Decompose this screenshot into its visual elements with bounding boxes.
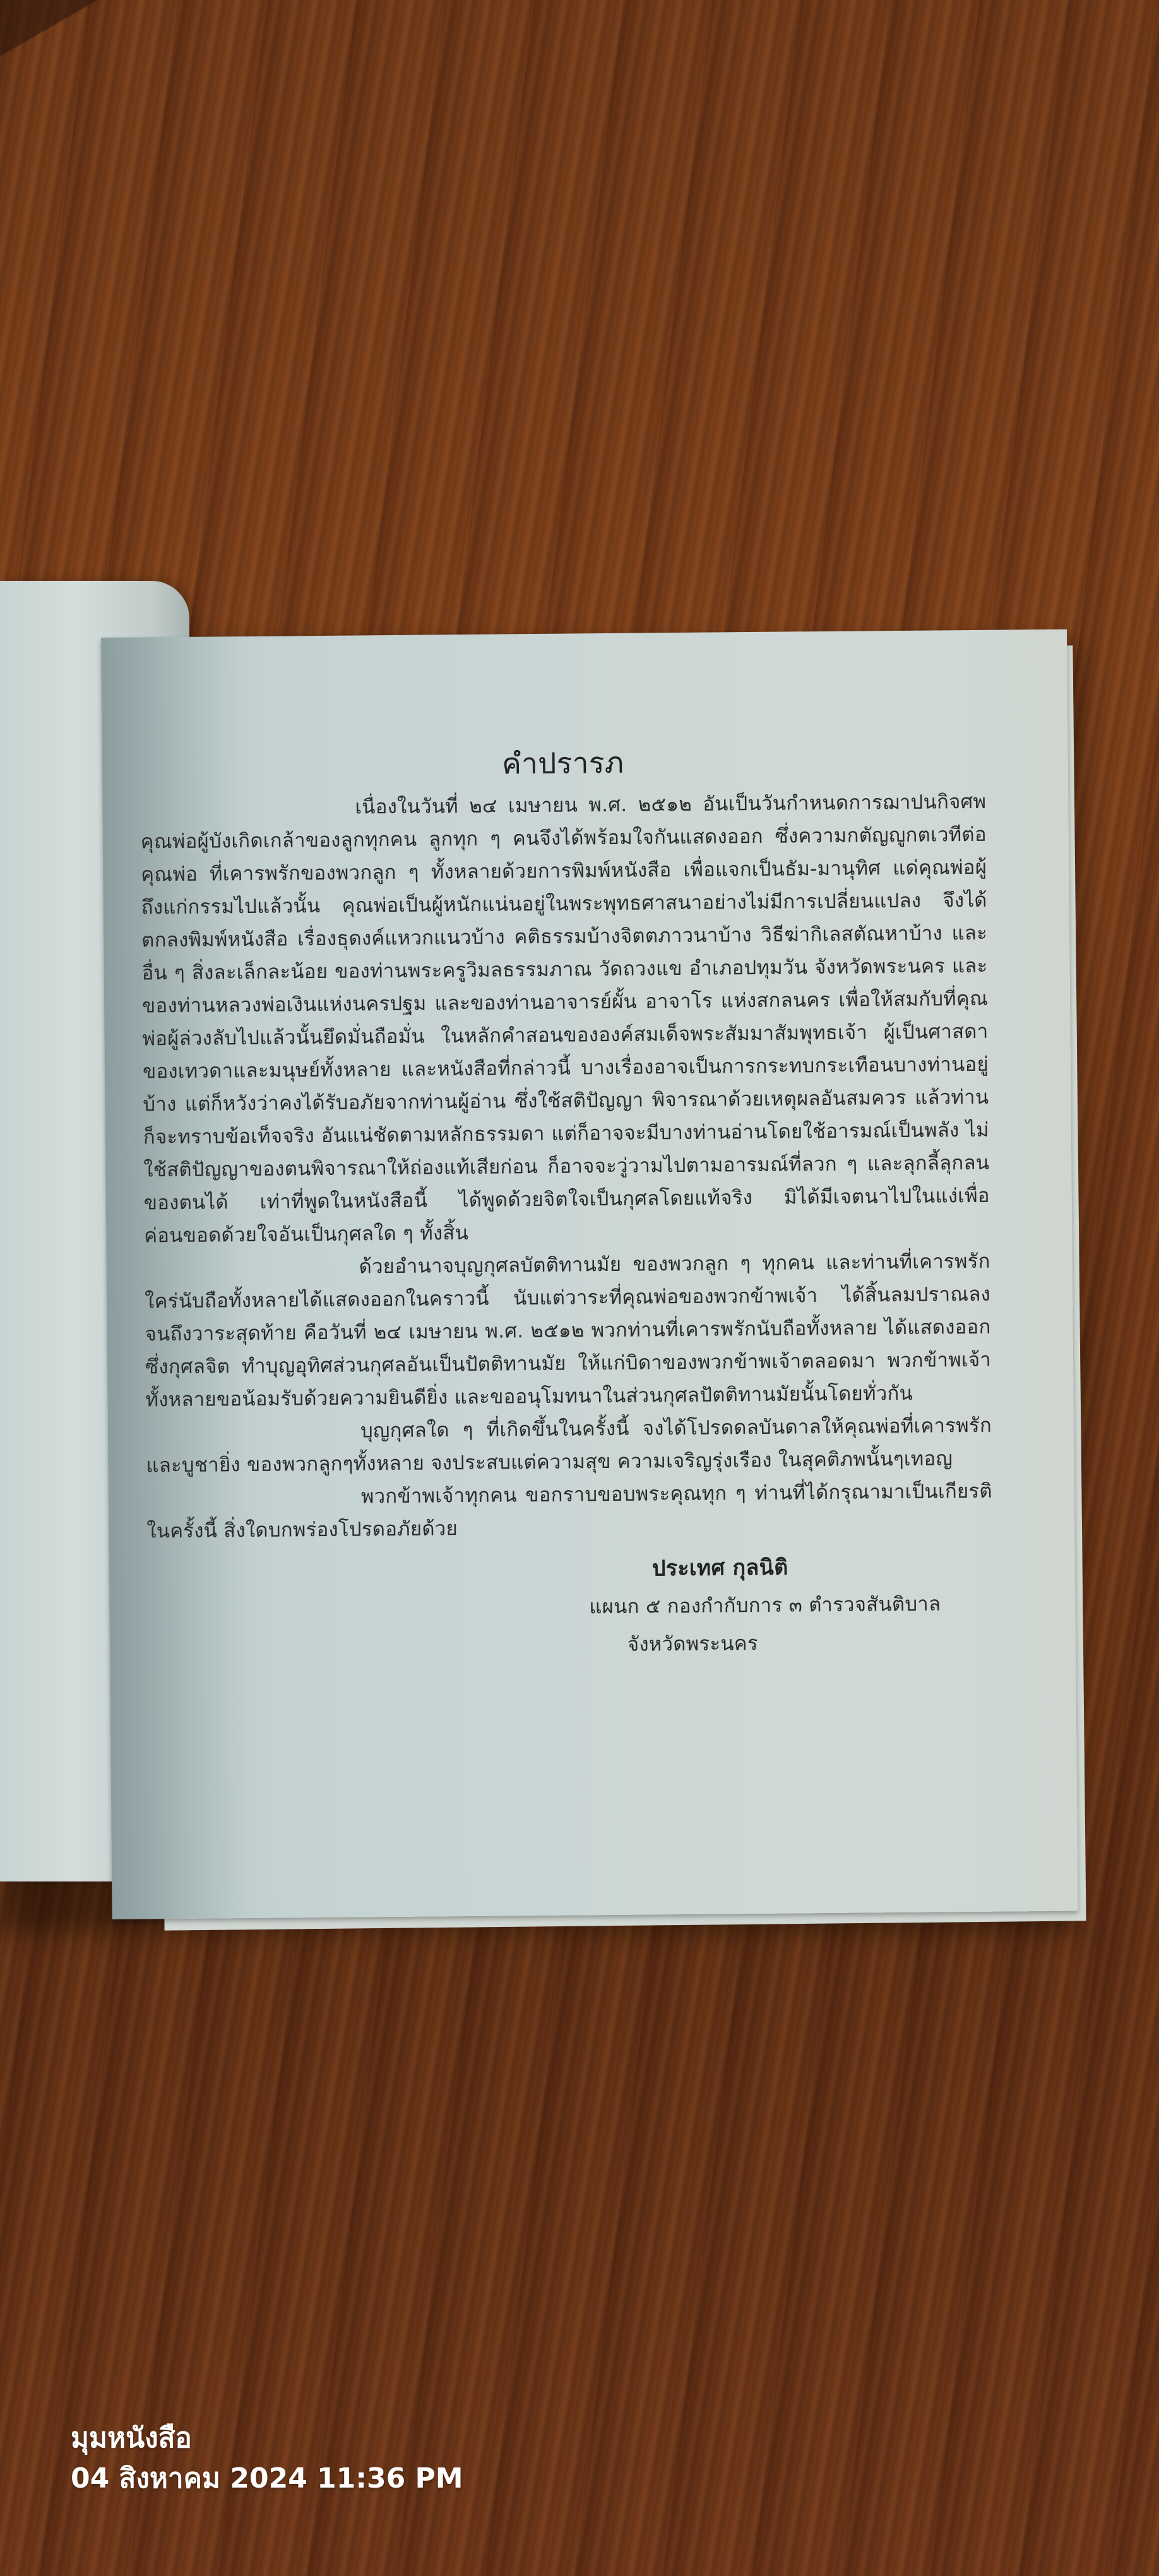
preface-text: คำปรารภ เนื่องในวันที่ ๒๔ เมษายน พ.ศ. ๒๕…	[140, 737, 994, 1668]
paragraph-2: ด้วยอำนาจบุญกุศลบัตติทานมัย ของพวกลูก ๆ …	[144, 1245, 991, 1417]
signature-block: ประเทศ กุลนิติ แผนก ๕ กองกำกับการ ๓ ตำรว…	[147, 1547, 994, 1668]
signature-province: จังหวัดพระนคร	[148, 1623, 994, 1668]
watermark-label: มุมหนังสือ	[71, 2418, 463, 2459]
book-right-page: คำปรารภ เนื่องในวันที่ ๒๔ เมษายน พ.ศ. ๒๕…	[101, 629, 1078, 1919]
paragraph-1: เนื่องในวันที่ ๒๔ เมษายน พ.ศ. ๒๕๑๒ อันเป…	[140, 785, 990, 1253]
photo-watermark: มุมหนังสือ 04 สิงหาคม 2024 11:36 PM	[71, 2418, 463, 2499]
watermark-datetime: 04 สิงหาคม 2024 11:36 PM	[71, 2459, 463, 2499]
paragraph-3: บุญกุศลใด ๆ ที่เกิดขึ้นในครั้งนี้ จงได้โ…	[146, 1409, 992, 1482]
paragraph-4: พวกข้าพเจ้าทุกคน ขอกราบขอบพระคุณทุก ๆ ท่…	[146, 1475, 993, 1548]
page-title: คำปรารภ	[140, 737, 986, 789]
signature-position: แผนก ๕ กองกำกับการ ๓ ตำรวจสันติบาล	[147, 1585, 993, 1630]
table-edge	[0, 0, 101, 126]
